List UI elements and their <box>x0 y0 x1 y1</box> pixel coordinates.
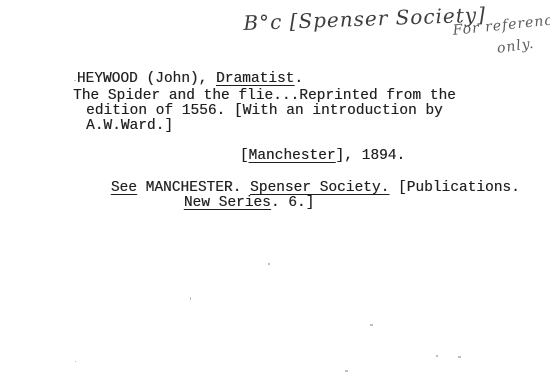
handwritten-classmark: B°c [Spenser Society] <box>243 3 486 35</box>
see-rest: [Publications. <box>389 180 520 196</box>
title-line-1: The Spider and the flie...Reprinted from… <box>73 89 456 104</box>
title-line-2: edition of 1556. [With an introduction b… <box>86 104 443 119</box>
heading-name: HEYWOOD (John), <box>77 71 216 87</box>
imprint-rest: ], 1894. <box>336 148 406 164</box>
heading-role-underlined: Dramatist <box>216 71 294 87</box>
imprint-place-underlined: Manchester <box>249 148 336 164</box>
paper-speck <box>345 370 348 372</box>
imprint-open-bracket: [ <box>240 148 249 164</box>
see-word-underlined: See <box>111 180 137 196</box>
paper-speck <box>370 324 373 326</box>
paper-speck <box>75 361 76 362</box>
heading-period: . <box>294 71 303 87</box>
series-underlined: New Series <box>184 195 271 211</box>
cross-reference-line-2: New Series. 6.] <box>149 181 314 226</box>
paper-speck <box>436 355 438 357</box>
paper-speck <box>74 80 76 81</box>
title-line-3: A.W.Ward.] <box>86 119 173 134</box>
catalog-card: B°c [Spenser Society] For reference only… <box>0 0 550 374</box>
paper-speck <box>268 263 270 265</box>
paper-speck <box>458 356 461 358</box>
handwritten-note-line2: only. <box>496 36 535 57</box>
series-rest: . 6.] <box>271 195 315 211</box>
paper-speck <box>190 297 191 300</box>
